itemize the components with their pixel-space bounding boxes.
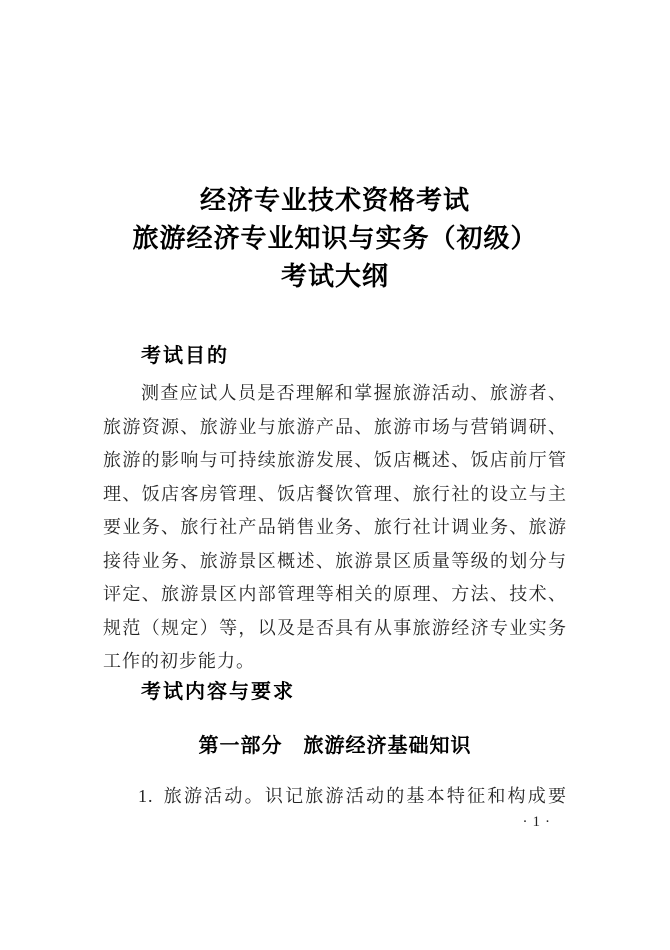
paragraph-line: 理、饭店客房管理、饭店餐饮管理、旅行社的设立与主 xyxy=(103,478,567,512)
paragraph-line: 接待业务、旅游景区概述、旅游景区质量等级的划分与 xyxy=(103,545,567,579)
title-line-3: 考试大纲 xyxy=(0,258,670,296)
paragraph-line: 规范（规定）等，以及是否具有从事旅游经济专业实务 xyxy=(103,612,567,646)
part1-heading: 第一部分旅游经济基础知识 xyxy=(0,733,670,759)
list-item-1-text: 旅游活动。识记旅游活动的基本特征和构成要 xyxy=(163,786,568,806)
paragraph-line: 测查应试人员是否理解和掌握旅游活动、旅游者、 xyxy=(103,377,567,411)
title-line-1: 经济专业技术资格考试 xyxy=(0,182,670,220)
exam-content-heading: 考试内容与要求 xyxy=(141,680,295,704)
part1-title: 旅游经济基础知识 xyxy=(304,735,472,757)
exam-purpose-heading: 考试目的 xyxy=(141,344,229,368)
paragraph-line: 评定、旅游景区内部管理等相关的原理、方法、技术、 xyxy=(103,578,567,612)
paragraph-line: 旅游资源、旅游业与旅游产品、旅游市场与营销调研、 xyxy=(103,411,567,445)
exam-purpose-paragraph: 测查应试人员是否理解和掌握旅游活动、旅游者、 旅游资源、旅游业与旅游产品、旅游市… xyxy=(103,377,567,679)
list-item-1-number: 1. xyxy=(138,786,154,806)
page-number: ·1· xyxy=(523,813,556,832)
document-page: 经济专业技术资格考试 旅游经济专业知识与实务（初级） 考试大纲 考试目的 测查应… xyxy=(0,0,670,950)
paragraph-line: 旅游的影响与可持续旅游发展、饭店概述、饭店前厅管 xyxy=(103,444,567,478)
title-line-2: 旅游经济专业知识与实务（初级） xyxy=(0,220,670,258)
part1-label: 第一部分 xyxy=(199,735,283,757)
paragraph-line: 工作的初步能力。 xyxy=(103,645,567,679)
paragraph-line: 要业务、旅行社产品销售业务、旅行社计调业务、旅游 xyxy=(103,511,567,545)
document-title: 经济专业技术资格考试 旅游经济专业知识与实务（初级） 考试大纲 xyxy=(0,182,670,296)
list-item-1: 1.旅游活动。识记旅游活动的基本特征和构成要 xyxy=(103,781,567,811)
